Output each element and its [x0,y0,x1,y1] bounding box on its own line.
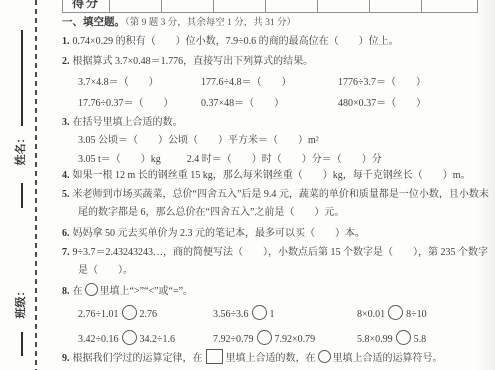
expression: 1776÷3.7＝（ ） [338,76,426,89]
expression: 17.76÷0.37＝（ ） [78,97,174,110]
question-text: 根据我们学过的运算定律，在 [73,353,203,364]
fill-circle-icon [252,305,267,320]
question-8: 8.在里填上“>”“<”或“=”。 [62,283,193,298]
scan-shadow [477,0,495,370]
comparison-right: 2.76 [140,309,158,320]
score-table-empty-cell [109,0,161,12]
fill-circle-icon [122,330,137,345]
comparison-item: 5.8×0.995.8 [357,330,426,346]
expression: 0.37×48＝（ ） [201,97,284,110]
question-5: 5.米老师到市场买蔬菜，总价“四舍五入”后是 9.4 元，蔬菜的单价和质量都是一… [62,188,489,201]
question-text: 是（ ）。 [78,265,133,276]
expression: 177.6÷4.8＝（ ） [201,76,292,89]
section-header: 一、填空题。（第 9 题 3 分，其余每空 1 分，共 31 分） [62,16,296,30]
question-text: 米老师到市场买蔬菜，总价“四舍五入”后是 9.4 元，蔬菜的单价和质量都是一位小… [73,189,489,200]
comparison-item: 8×0.018÷10 [357,305,427,321]
section-note: （第 9 题 3 分，其余每空 1 分，共 31 分） [125,18,296,28]
question-number: 2. [62,56,70,67]
fill-square-icon [206,349,223,364]
question-text: 妈妈拿 50 元去买单价为 2.3 元的笔记本，最多可以买（ ）本。 [73,228,366,239]
score-table-empty-cell [369,0,421,12]
comparison-item: 3.42÷0.1634.2÷1.6 [78,330,175,346]
score-table: 得分 [62,0,478,13]
question-text: 9÷3.7＝2.43243243…，商的简便写法（ ），小数点后第 15 个数字… [73,247,489,258]
question-text: 0.74×0.29 的积有（ ）位小数，7.9÷0.6 的商的最高位在（ ）位上… [73,36,399,47]
question-text: 里填上“>”“<”或“=”。 [100,286,194,297]
comparison-item: 7.92÷0.797.92×0.79 [213,330,315,346]
expression: 480×0.37＝（ ） [338,97,426,110]
question-number: 3. [62,117,70,128]
question-text: 尾的数字都是 6，那么总价在“四舍五入”之前是（ ）元。 [78,207,344,218]
fill-circle-icon [257,330,272,345]
name-blank-line [21,30,23,126]
name-label: 姓名： [12,133,28,166]
comparison-left: 3.56÷3.6 [213,309,249,320]
question-number: 9. [62,353,70,364]
question-3-line-1: 3.05 公顷＝（ ）公顷（ ）平方米＝（ ）m² [78,134,319,147]
section-title: 一、填空题。 [62,17,125,28]
question-text: 里填上合适的运算符号。 [333,353,443,364]
question-number: 1. [62,36,70,47]
question-text: 里填上合适的数，在 [226,353,316,364]
binding-dashed-line [35,0,37,370]
comparison-left: 3.42÷0.16 [78,334,119,345]
question-1: 1.0.74×0.29 的积有（ ）位小数，7.9÷0.6 的商的最高位在（ ）… [62,35,399,48]
comparison-left: 7.92÷0.79 [213,334,254,345]
comparison-right: 5.8 [414,334,427,345]
comparison-item: 2.76÷1.012.76 [78,305,157,321]
score-table-empty-cell [317,0,369,12]
comparison-item: 3.56÷3.61 [213,305,275,321]
conversion-text: 3.05 公顷＝（ ）公顷（ ）平方米＝（ ）m² [78,135,319,146]
comparison-left: 8×0.01 [357,309,385,320]
score-table-empty-cell [265,0,317,12]
question-7-continued: 是（ ）。 [78,264,133,277]
question-number: 8. [62,286,70,297]
fill-circle-icon [396,330,411,345]
question-3-line-2: 3.05 t＝（ ）kg2.4 时＝（ ）时（ ）分＝（ ）分 [78,153,382,166]
conversion-text: 2.4 时＝（ ）时（ ）分＝（ ）分 [187,154,382,165]
question-3: 3.在括号里填上合适的数。 [62,116,183,129]
question-6: 6.妈妈拿 50 元去买单价为 2.3 元的笔记本，最多可以买（ ）本。 [62,227,365,240]
comparison-right: 7.92×0.79 [275,334,316,345]
question-2: 2.根据算式 3.7×0.48＝1.776，直接写出下列算式的结果。 [62,55,313,68]
fill-circle-icon [85,283,98,296]
score-table-empty-cell [161,0,213,12]
comparison-right: 1 [270,309,275,320]
exam-paper-page: 姓名： 班级： 得分 一、填空题。（第 9 题 3 分，其余每空 1 分，共 3… [0,0,495,370]
question-number: 6. [62,228,70,239]
question-7: 7.9÷3.7＝2.43243243…，商的简便写法（ ），小数点后第 15 个… [62,246,488,259]
name-blank-line [21,183,23,208]
question-number: 5. [62,189,70,200]
question-text: 在 [73,286,83,297]
question-9: 9.根据我们学过的运算定律，在里填上合适的数，在里填上合适的运算符号。 [62,349,443,365]
comparison-left: 2.76÷1.01 [78,309,119,320]
conversion-text: 3.05 t＝（ ）kg [78,154,161,165]
score-table-label-cell: 得分 [63,0,109,12]
class-blank-line [21,332,23,356]
question-5-continued: 尾的数字都是 6，那么总价在“四舍五入”之前是（ ）元。 [78,206,344,219]
fill-circle-icon [388,305,403,320]
fill-circle-icon [122,305,137,320]
expression: 3.7×4.8＝（ ） [78,76,159,89]
question-number: 7. [62,247,70,258]
question-text: 如果一根 12 m 长的钢丝重 15 kg，那么每米钢丝重（ ）kg，每千克钢丝… [73,170,471,181]
comparison-right: 34.2÷1.6 [140,334,176,345]
fill-circle-icon [318,350,331,363]
comparison-right: 8÷10 [406,309,427,320]
question-text: 根据算式 3.7×0.48＝1.776，直接写出下列算式的结果。 [73,56,314,67]
score-table-empty-cell [421,0,473,12]
question-number: 4. [62,170,70,181]
question-text: 在括号里填上合适的数。 [73,117,183,128]
score-label: 得分 [63,0,109,11]
class-label: 班级： [12,286,28,319]
score-table-empty-cell [213,0,265,12]
question-4: 4.如果一根 12 m 长的钢丝重 15 kg，那么每米钢丝重（ ）kg，每千克… [62,169,471,182]
comparison-left: 5.8×0.99 [357,334,393,345]
